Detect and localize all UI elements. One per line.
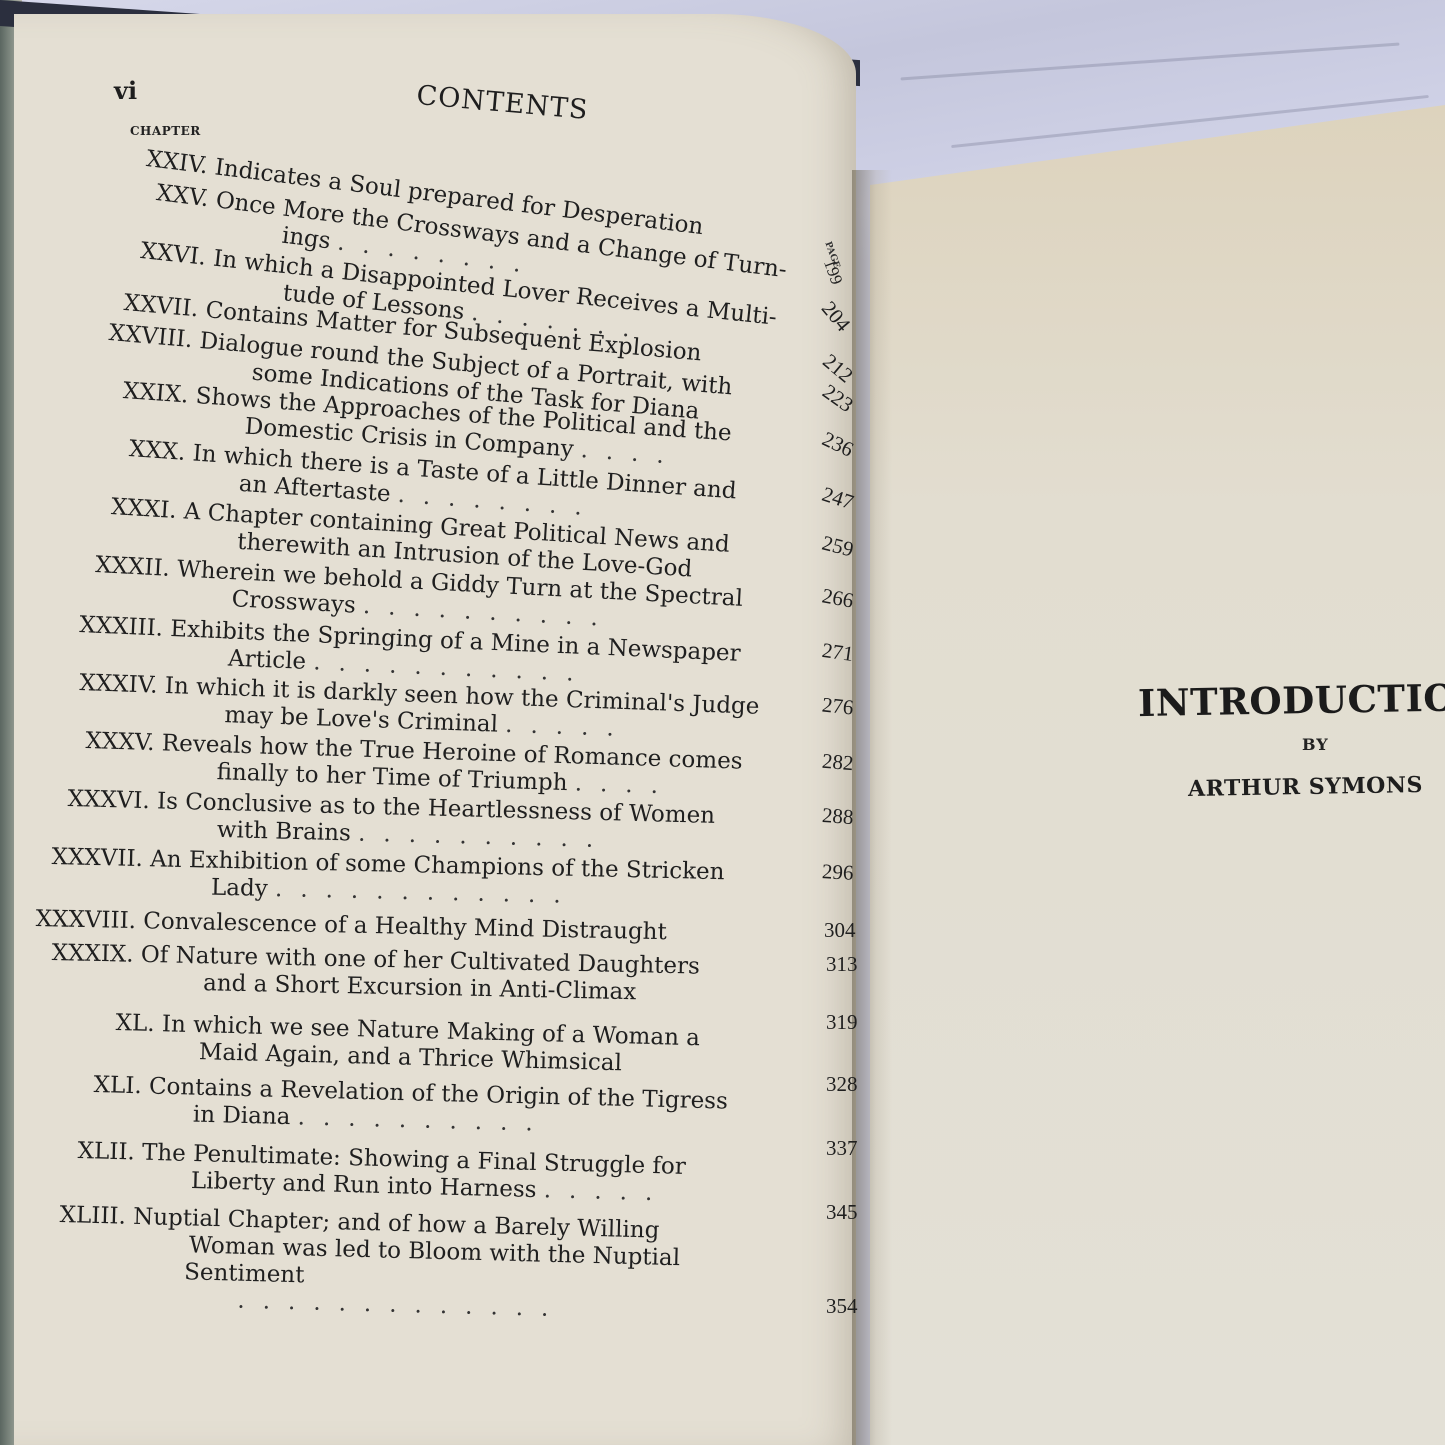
page-number: 199 — [819, 257, 847, 288]
page-number: 345 — [826, 1200, 858, 1225]
page-number: 319 — [826, 1010, 858, 1035]
chapter-title-continued: ings — [281, 223, 333, 255]
chapter-number: XLI. — [93, 1072, 142, 1099]
chapter-number: XLIII. — [59, 1202, 126, 1230]
chapter-title-continued: with Brains — [217, 817, 352, 846]
chapter-number: XXXII. — [95, 552, 171, 582]
introduction-title: INTRODUCTION — [1138, 675, 1445, 725]
chapter-number: XXXIII. — [79, 612, 164, 642]
chapter-title-continued: Lady — [211, 875, 268, 902]
chapter-number: XXXIX. — [51, 940, 133, 968]
introduction-by: BY — [1302, 735, 1329, 754]
page-number: 259 — [819, 531, 856, 563]
chapter-number: XXVII. — [123, 290, 200, 322]
toc-entry: XXXIX. Of Nature with one of her Cultiva… — [51, 940, 700, 1008]
page-number: 354 — [826, 1294, 858, 1319]
page-number: 247 — [819, 482, 857, 516]
chapter-number: XXIX. — [122, 378, 189, 409]
page-number: 276 — [821, 692, 855, 720]
page-number: 296 — [821, 859, 854, 886]
page-number: 337 — [826, 1136, 858, 1161]
page-number: 282 — [821, 749, 855, 777]
toc-entry: XLIII. Nuptial Chapter; and of how a Bar… — [57, 1202, 681, 1326]
chapter-number: XXIV. — [145, 146, 209, 179]
toc-entry: XL. In which we see Nature Making of a W… — [115, 1010, 701, 1079]
chapter-number: XXXVIII. — [35, 906, 136, 934]
chapter-number: XL. — [115, 1010, 155, 1037]
page-number: 223 — [818, 379, 858, 418]
chapter-number: XXXI. — [110, 494, 177, 524]
chapter-title-continued: in Diana — [193, 1102, 291, 1131]
page-number: 288 — [821, 803, 854, 830]
chapter-number: XXXIV. — [79, 670, 158, 699]
page-number: 266 — [820, 583, 855, 613]
page-number: 304 — [824, 918, 856, 943]
chapter-number: XLII. — [77, 1138, 135, 1165]
page-number: 204 — [816, 296, 855, 336]
chapter-title-continued: Article — [228, 646, 307, 675]
chapter-title-continued: Crossways — [231, 586, 356, 618]
cloth-fold — [901, 43, 1400, 81]
chapter-number: XXVI. — [139, 238, 207, 271]
chapter-number: XXV. — [155, 180, 210, 212]
table-of-contents: XXIV. Indicates a Soul prepared for Desp… — [0, 0, 860, 1445]
chapter-number: XXXVI. — [67, 786, 150, 814]
chapter-number: XXX. — [128, 436, 186, 466]
toc-entry: XLII. The Penultimate: Showing a Final S… — [77, 1138, 687, 1208]
chapter-title-continued: Sentiment — [184, 1259, 305, 1288]
chapter-number: XXXVII. — [51, 844, 143, 872]
page-number: 236 — [818, 427, 857, 463]
chapter-number: XXXV. — [85, 728, 155, 756]
page-number: 271 — [820, 638, 855, 667]
chapter-title: Convalescence of a Healthy Mind Distraug… — [143, 908, 667, 945]
toc-entry: XXXVIII. Convalescence of a Healthy Mind… — [35, 906, 667, 946]
introduction-author: ARTHUR SYMONS — [1188, 772, 1423, 802]
toc-entry: XLI. Contains a Revelation of the Origin… — [93, 1072, 729, 1143]
page-number: 313 — [826, 952, 858, 977]
page-number: 328 — [826, 1072, 858, 1097]
